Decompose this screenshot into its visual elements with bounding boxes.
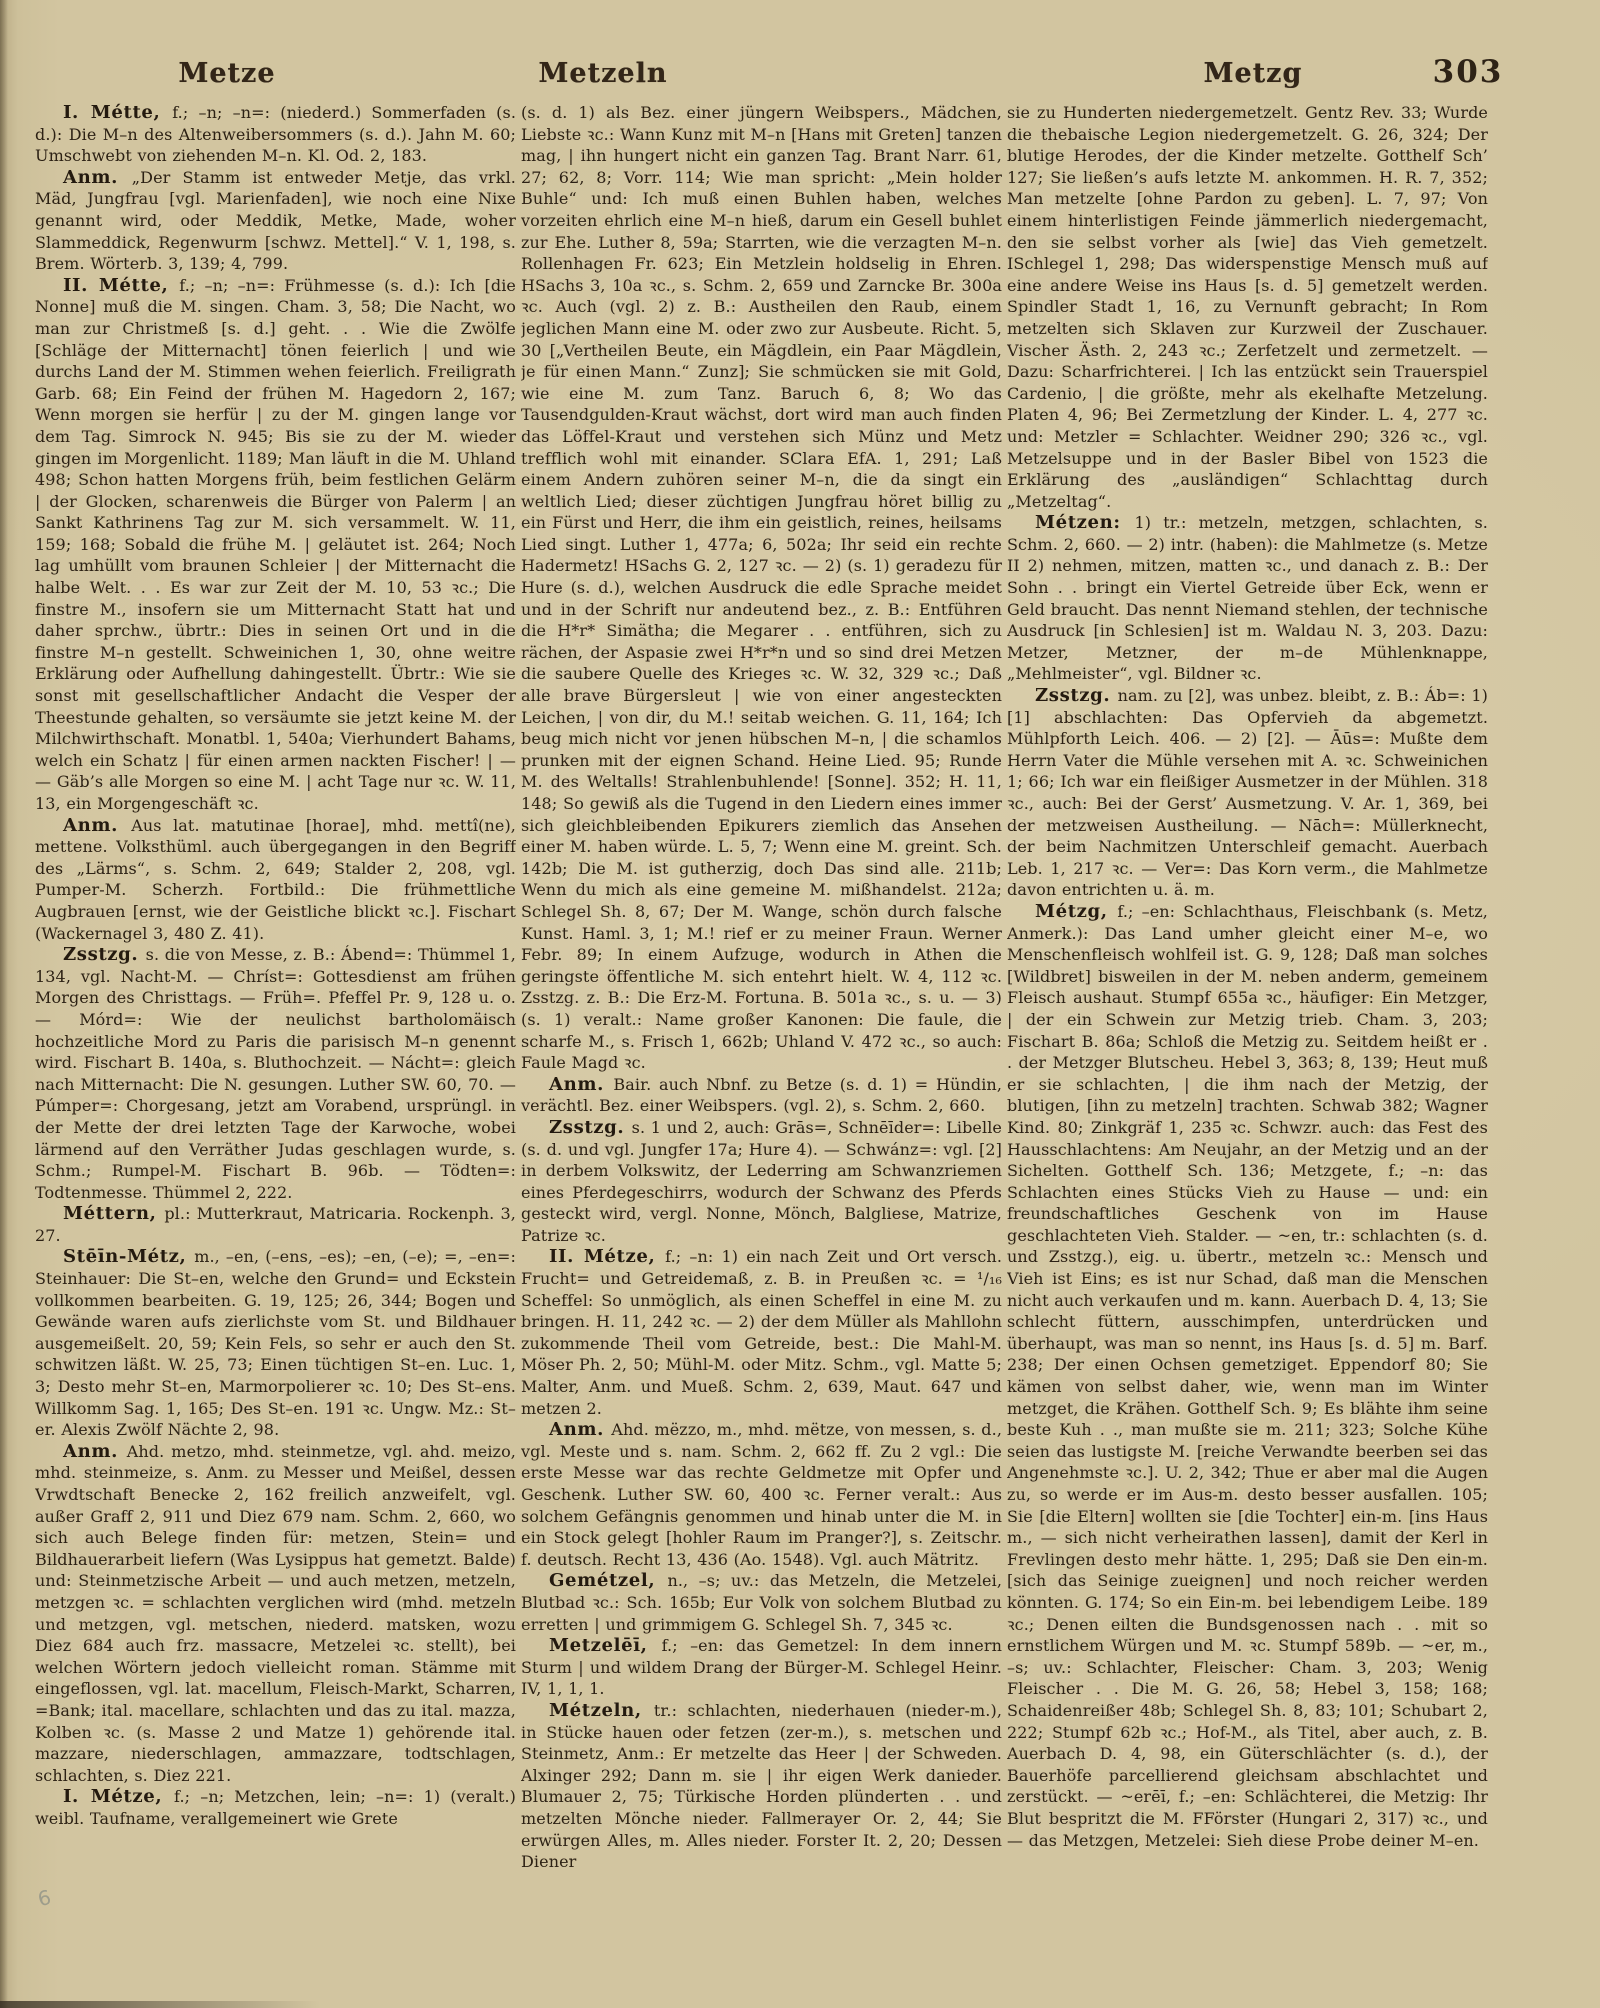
text-column-center: (s. d. 1) als Bez. einer jüngern Weibspe… — [521, 102, 1002, 1898]
entry-headword: Stēīn-Métz, — [63, 1246, 194, 1267]
dictionary-paragraph: Anm. Ahd. mëzzo, m., mhd. mëtze, von mes… — [521, 1419, 1002, 1570]
dictionary-paragraph: Gemétzel, n., –s; uv.: das Metzeln, die … — [521, 1570, 1002, 1635]
dictionary-paragraph: Stēīn-Métz, m., –en, (–ens, –es); –en, (… — [35, 1246, 516, 1440]
entry-headword: Gemétzel, — [549, 1570, 667, 1591]
text-column-left: I. Métte, f.; –n; –n=: (niederd.) Sommer… — [35, 102, 516, 1898]
dictionary-paragraph: Zsstzg. nam. zu [2], was unbez. bleibt, … — [1007, 685, 1488, 901]
dictionary-paragraph: Métzeln, tr.: schlachten, niederhauen (n… — [521, 1700, 1002, 1873]
dictionary-paragraph: Anm. Ahd. metzo, mhd. steinmetze, vgl. a… — [35, 1441, 516, 1787]
entry-headword: Métzg, — [1035, 901, 1117, 922]
dictionary-paragraph: II. Métze, f.; –n: 1) ein nach Zeit und … — [521, 1246, 1002, 1419]
entry-headword: Zsstzg. — [1035, 685, 1118, 706]
running-head-left: Metze — [178, 58, 275, 89]
dictionary-paragraph: sie zu Hunderten niedergemetzelt. Gentz … — [1007, 102, 1488, 512]
entry-headword: Anm. — [63, 1441, 127, 1462]
dictionary-paragraph: Métzg, f.; –en: Schlachthaus, Fleischban… — [1007, 901, 1488, 1851]
entry-headword: Anm. — [549, 1419, 611, 1440]
dictionary-paragraph: I. Métte, f.; –n; –n=: (niederd.) Sommer… — [35, 102, 516, 167]
entry-headword: Metzelēī, — [549, 1635, 662, 1656]
entry-headword: II. Métze, — [549, 1246, 665, 1267]
dictionary-paragraph: Zsstzg. s. die von Messe, z. B.: Ábend=:… — [35, 944, 516, 1203]
entry-headword: Anm. — [63, 167, 132, 188]
entry-headword: Anm. — [63, 815, 131, 836]
dictionary-paragraph: Anm. Bair. auch Nbnf. zu Betze (s. d. 1)… — [521, 1074, 1002, 1117]
entry-headword: Méttern, — [63, 1203, 164, 1224]
dictionary-paragraph: I. Métze, f.; –n; Metzchen, lein; –n=: 1… — [35, 1786, 516, 1829]
dictionary-paragraph: (s. d. 1) als Bez. einer jüngern Weibspe… — [521, 102, 1002, 1074]
text-column-right: sie zu Hunderten niedergemetzelt. Gentz … — [1007, 102, 1488, 1898]
entry-headword: Métzen: — [1035, 512, 1135, 533]
entry-headword: Zsstzg. — [549, 1117, 632, 1138]
dictionary-paragraph: Métzen: 1) tr.: metzeln, metzgen, schlac… — [1007, 512, 1488, 685]
entry-headword: Zsstzg. — [63, 944, 146, 965]
dictionary-paragraph: Méttern, pl.: Mutterkraut, Matricaria. R… — [35, 1203, 516, 1246]
entry-headword: I. Métze, — [63, 1786, 174, 1807]
dictionary-paragraph: Anm. Aus lat. matutinae [horae], mhd. me… — [35, 815, 516, 945]
running-head-center: Metzeln — [539, 58, 668, 89]
entry-headword: II. Métte, — [63, 275, 179, 296]
dictionary-page-scan: Metze Metzeln Metzg 303 I. Métte, f.; –n… — [0, 0, 1600, 2008]
entry-headword: Anm. — [549, 1074, 613, 1095]
dictionary-paragraph: II. Métte, f.; –n; –n=: Frühmesse (s. d.… — [35, 275, 516, 815]
dictionary-paragraph: Zsstzg. s. 1 und 2, auch: Grās=, Schnēīd… — [521, 1117, 1002, 1247]
running-head-right: Metzg — [1204, 58, 1303, 89]
page-number: 303 — [1433, 54, 1504, 90]
entry-headword: I. Métte, — [63, 102, 172, 123]
entry-headword: Métzeln, — [549, 1700, 654, 1721]
dictionary-paragraph: Metzelēī, f.; –en: das Gemetzel: In dem … — [521, 1635, 1002, 1700]
dictionary-paragraph: Anm. „Der Stamm ist entweder Metje, das … — [35, 167, 516, 275]
